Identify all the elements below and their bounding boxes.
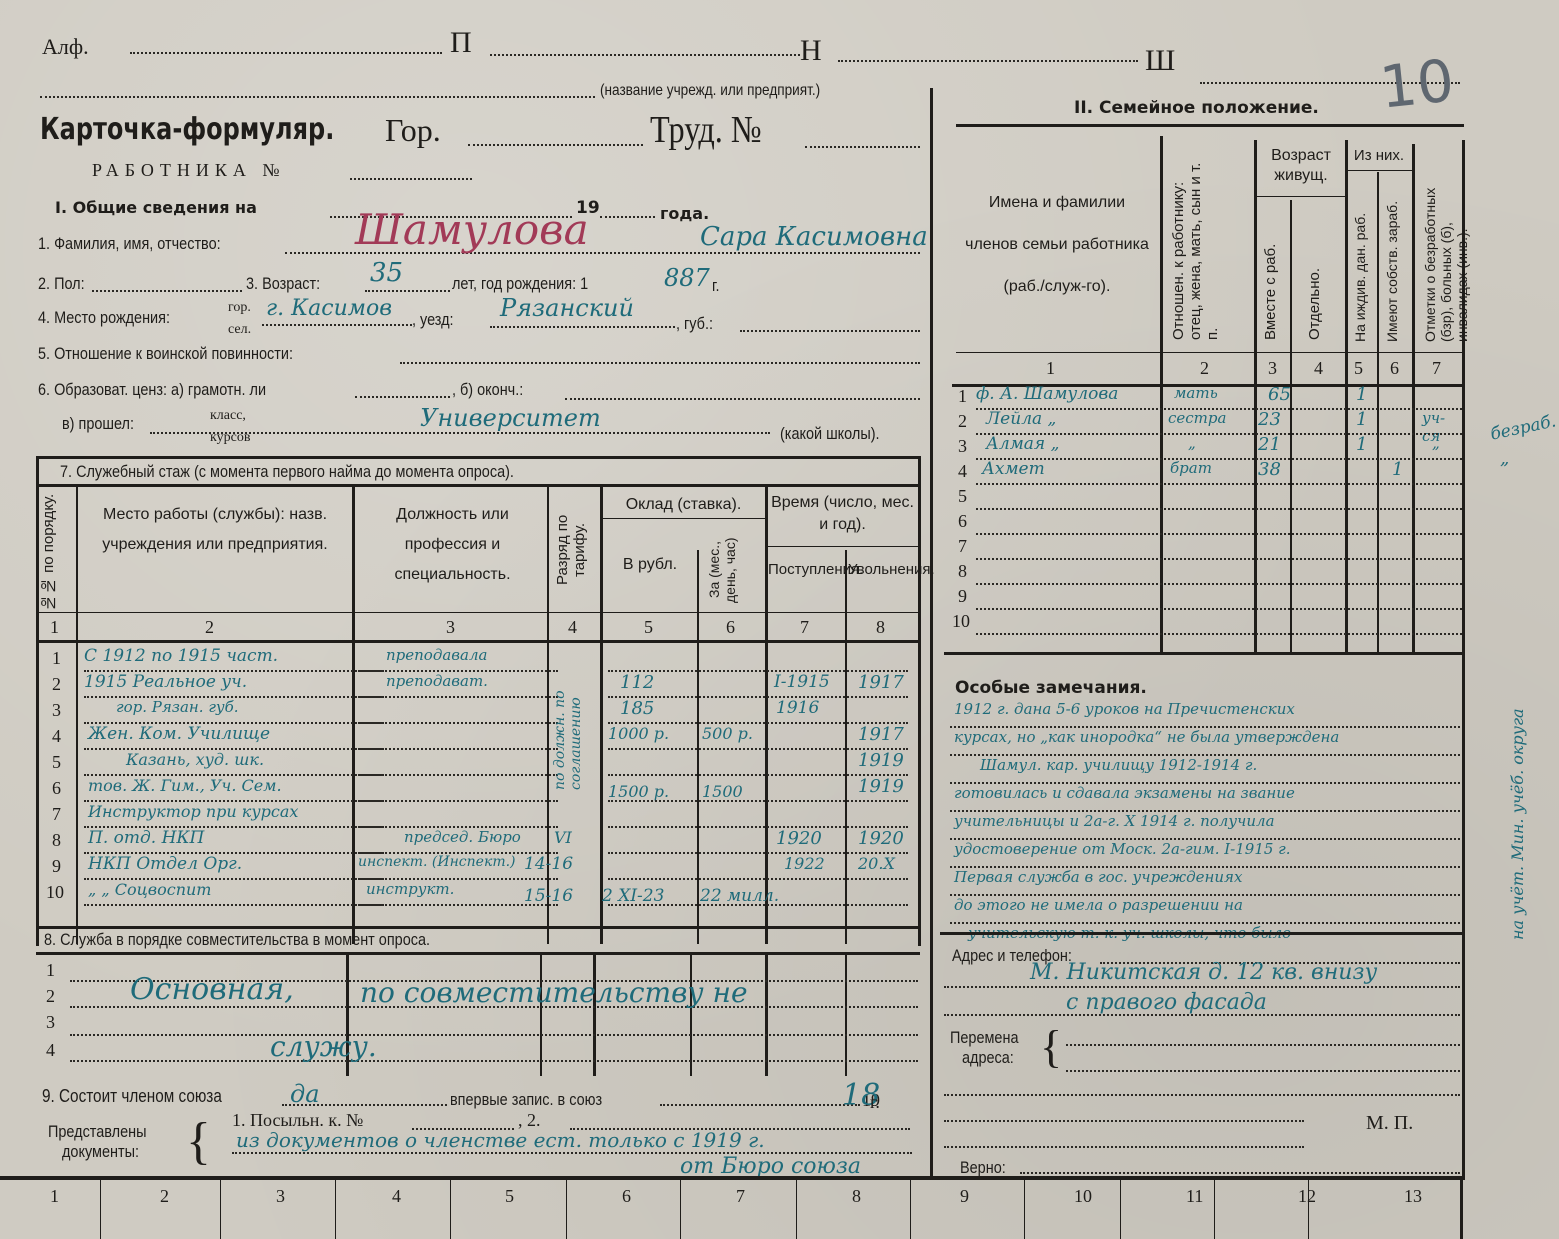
birth-city-value: г. Касимов	[266, 296, 392, 321]
table-row[interactable]: 4 Жен. Ком. Училище 1000 р. 500 р. 1917	[36, 724, 920, 750]
end-cell: 1920	[858, 828, 904, 849]
row-number: 1	[958, 386, 967, 407]
position-cell: инструкт.	[366, 880, 454, 898]
service-heading: 7. Служебный стаж (с момента первого най…	[60, 462, 514, 482]
relation-cell: „	[1188, 434, 1196, 452]
documents-note-1: из документов о членстве ест. только с 1…	[236, 1128, 765, 1152]
footer-col-number: 1	[50, 1186, 59, 1207]
rule	[1460, 1180, 1463, 1239]
row-rule	[976, 583, 1462, 585]
end-cell: 1917	[858, 672, 904, 693]
rubles-cell: 1000 р.	[608, 724, 669, 743]
remark-text: 1912 г. дана 5-6 уроков на Пречистенских	[954, 700, 1295, 718]
rule	[956, 352, 1462, 353]
col-header-rubles: В рубл.	[606, 550, 694, 580]
place-cell: гор. Рязан. губ.	[116, 698, 239, 716]
row-rule	[608, 904, 908, 906]
address-line-1[interactable]	[944, 986, 1460, 988]
place-cell: П. отд. НКП	[88, 828, 204, 848]
concurrent-note-1: Основная,	[130, 972, 294, 1007]
rubles-cell: 112	[620, 672, 654, 693]
row-rule	[70, 1060, 918, 1062]
row-number: 3	[958, 436, 967, 457]
earning-cell: 1	[1392, 459, 1403, 480]
table-row[interactable]: 7	[952, 536, 1462, 561]
birthplace-label: 4. Место рождения:	[38, 308, 170, 328]
mp-label: М. П.	[1366, 1112, 1413, 1135]
grade-cell: VI	[554, 828, 572, 847]
sex-field[interactable]	[92, 290, 242, 292]
family-col-earning: Имеют собств. зараб.	[1384, 176, 1400, 342]
place-cell: тов. Ж. Гим., Уч. Сем.	[88, 776, 282, 795]
col-number: 4	[1314, 358, 1323, 379]
attended-label: в) прошел:	[62, 414, 134, 434]
rule	[680, 1180, 681, 1239]
worker-number-field[interactable]	[350, 178, 472, 180]
end-cell: 1919	[858, 776, 904, 797]
rule	[1024, 1180, 1025, 1239]
row-number: 5	[52, 752, 61, 773]
rule	[690, 952, 692, 1076]
note-cell: „	[1432, 434, 1440, 452]
place-cell: Казань, худ. шк.	[126, 750, 264, 769]
change-address-field-2[interactable]	[1066, 1070, 1460, 1072]
klass-small: класс,	[210, 408, 246, 424]
remark-line[interactable]: Шамул. кар. училищу 1912-1914 г.	[950, 756, 1460, 784]
place-cell: НКП Отдел Орг.	[88, 854, 242, 874]
table-row[interactable]: 3 гор. Рязан. губ. 185 1916	[36, 698, 920, 724]
end-cell: 1917	[858, 724, 904, 745]
together-cell: 23	[1258, 409, 1281, 430]
row-number: 10	[46, 882, 64, 903]
col-header-end: Увольнения.	[848, 560, 916, 580]
rule	[36, 640, 920, 643]
table-row[interactable]: 1 ф. А. Шамулова мать 65 1	[952, 386, 1462, 411]
row-rule	[976, 633, 1462, 635]
table-row[interactable]: 5	[952, 486, 1462, 511]
verno-field[interactable]	[1020, 1172, 1460, 1174]
graduated-label: , б) оконч.:	[452, 380, 523, 400]
table-row[interactable]: 1 С 1912 по 1915 част. преподавала	[36, 646, 920, 672]
education-label: 6. Образоват. ценз: а) грамотн. ли	[38, 380, 266, 400]
trud-label: Труд. №	[650, 108, 762, 152]
table-row[interactable]: 4 Ахмет брат 38 1	[952, 461, 1462, 486]
rule	[593, 952, 596, 1076]
row-number: 2	[52, 674, 61, 695]
general-year-field[interactable]	[600, 216, 655, 218]
remarks-lines: 1912 г. дана 5-6 уроков на Пречистенских…	[950, 700, 1460, 950]
start-cell: 1920	[776, 828, 822, 849]
family-col-together: Вместе с раб.	[1262, 210, 1279, 340]
row-number: 1	[52, 648, 61, 669]
center-divider	[930, 88, 933, 1178]
birth-city-field[interactable]	[262, 324, 412, 326]
remark-text: учительницы и 2а-г. X 1914 г. получила	[954, 812, 1275, 830]
footer-col-number: 11	[1186, 1186, 1203, 1207]
remarks-heading: Особые замечания.	[955, 678, 1147, 698]
position-cell: преподават.	[386, 672, 488, 690]
grade-cell: 14-16	[524, 854, 573, 874]
rule	[910, 1180, 911, 1239]
age-field[interactable]	[365, 290, 450, 292]
remark-line[interactable]: учительницы и 2а-г. X 1914 г. получила	[950, 812, 1460, 840]
col-header-number: №№ по порядку.	[40, 488, 57, 616]
col-header-place: Место работы (службы): назв. учреждения …	[82, 500, 348, 560]
col-header-start: Поступления.	[768, 560, 844, 580]
row-rule	[70, 1034, 918, 1036]
row-rule	[976, 533, 1462, 535]
col-number: 2	[205, 617, 214, 638]
rule	[36, 952, 920, 955]
footer-col-number: 2	[160, 1186, 169, 1207]
rule	[36, 456, 920, 459]
row-number: 3	[52, 700, 61, 721]
row-number: 8	[52, 830, 61, 851]
institution-hint: (название учрежд. или предприят.)	[600, 82, 820, 100]
table-row[interactable]: 6 тов. Ж. Гим., Уч. Сем. 1500 р. 1500 19…	[36, 776, 920, 802]
gub-field[interactable]	[740, 330, 920, 332]
footer-columns: 1 2 3 4 5 6 7 8 9 10 11 12 13	[0, 1180, 1462, 1239]
gub-label: , губ.:	[676, 314, 713, 334]
row-number: 1	[46, 960, 55, 981]
family-col-name: Имена и фамилии членов семьи работника (…	[962, 182, 1152, 308]
family-col-dependent: На иждив. дан. раб.	[1352, 176, 1368, 342]
union-first-label: впервые запис. в союз	[450, 1090, 602, 1110]
col-number: 8	[876, 617, 885, 638]
table-row[interactable]: 8 П. отд. НКП председ. Бюро VI 1920 1920	[36, 828, 920, 854]
rule	[100, 1180, 101, 1239]
extra-line-2[interactable]	[944, 1120, 1304, 1122]
col-header-time-group: Время (число, мес. и год).	[770, 492, 915, 536]
footer-col-number: 6	[622, 1186, 631, 1207]
dependent-cell: 1	[1356, 409, 1367, 430]
remark-text: Шамул. кар. училищу 1912-1914 г.	[980, 756, 1257, 774]
birth-year-suffix: г.	[712, 276, 720, 296]
col-number: 4	[568, 617, 577, 638]
table-row[interactable]: 7 Инструктор при курсах	[36, 802, 920, 828]
alf-label: Алф.	[42, 34, 89, 60]
position-cell: преподавала	[386, 646, 487, 664]
row-number: 9	[52, 856, 61, 877]
end-cell: 1919	[858, 750, 904, 771]
period-cell: 500 р.	[702, 724, 753, 743]
family-col-apart: Отдельно.	[1306, 250, 1323, 340]
end-cell: 20.X	[858, 854, 895, 873]
union-year-suffix: г.	[870, 1092, 880, 1113]
table-row[interactable]: 6	[952, 511, 1462, 536]
remark-text: готовилась и сдавала экзамены на звание	[954, 784, 1295, 802]
rule	[1120, 1180, 1121, 1239]
table-row[interactable]: 2 1915 Реальное уч. преподават. 112 I-19…	[36, 672, 920, 698]
military-label: 5. Отношение к воинской повинности:	[38, 344, 293, 364]
together-cell: 38	[1258, 459, 1281, 480]
remark-line[interactable]: 1912 г. дана 5-6 уроков на Пречистенских	[950, 700, 1460, 728]
col-number: 5	[644, 617, 653, 638]
col-number: 7	[800, 617, 809, 638]
footer-col-number: 7	[736, 1186, 745, 1207]
remark-text: Первая служба в гос. учреждениях	[954, 868, 1242, 886]
uezd-label: , уезд:	[412, 310, 454, 330]
place-cell: Инструктор при курсах	[88, 802, 298, 821]
rule	[944, 652, 1462, 655]
documents-label-2: документы:	[62, 1142, 139, 1162]
footer-col-number: 13	[1404, 1186, 1422, 1207]
col-number: 1	[50, 617, 59, 638]
surname-value: Шамулова	[355, 205, 589, 254]
relation-cell: сестра	[1168, 409, 1226, 427]
footer-col-number: 9	[960, 1186, 969, 1207]
age-suffix: лет, год рождения: 1	[452, 274, 588, 294]
family-col-relation: Отношен. к работнику: отец, жена, мать, …	[1170, 150, 1221, 340]
gor-small: гор.	[228, 300, 251, 316]
col-header-period: За (мес., день, час)	[706, 525, 738, 615]
grade-cell: 15-16	[524, 886, 573, 906]
family-margin-ditto: „	[1500, 448, 1509, 469]
graduated-field[interactable]	[565, 398, 920, 400]
rule	[1308, 1180, 1309, 1239]
family-col-notes: Отметки о безработных (бзр), больных (б)…	[1422, 150, 1470, 342]
col-number: 5	[1354, 358, 1363, 379]
period-cell: 22 милл.	[700, 886, 779, 906]
trud-field[interactable]	[805, 146, 920, 148]
place-cell: „ „ Соцвоспит	[88, 880, 211, 899]
footer-col-number: 10	[1074, 1186, 1092, 1207]
rule	[1462, 660, 1465, 1180]
position-cell: председ. Бюро	[404, 828, 521, 846]
union-label: 9. Состоит членом союза	[42, 1086, 222, 1107]
name-cell: Ахмет	[982, 459, 1045, 479]
row-number: 4	[52, 726, 61, 747]
rule	[36, 612, 920, 613]
address-value-1: М. Никитская д. 12 кв. внизу	[1030, 960, 1377, 985]
family-heading: II. Семейное положение.	[1074, 98, 1319, 118]
start-cell: I-1915	[774, 672, 830, 692]
brace-icon: {	[1040, 1020, 1062, 1073]
remark-text: курсах, но „как инородка“ не была утверж…	[954, 728, 1339, 746]
footer-col-number: 4	[392, 1186, 401, 1207]
institution-field[interactable]	[40, 96, 595, 98]
row-number: 8	[958, 561, 967, 582]
rule	[765, 546, 918, 547]
remarks-margin-note: на учёт. Мин. учёб. округа	[1508, 540, 1527, 940]
p-field[interactable]	[490, 54, 800, 56]
footer-col-number: 8	[852, 1186, 861, 1207]
gor-field[interactable]	[468, 144, 643, 146]
col-number: 3	[1268, 358, 1277, 379]
footer-col-number: 5	[505, 1186, 514, 1207]
row-number: 6	[958, 511, 967, 532]
change-address-label-1: Перемена	[950, 1028, 1018, 1048]
school-hint: (какой школы).	[780, 424, 880, 444]
row-number: 2	[958, 411, 967, 432]
remark-text: до этого не имела о разрешении на	[954, 896, 1243, 914]
table-row[interactable]: 8	[952, 561, 1462, 586]
row-rule	[84, 904, 384, 906]
remark-line[interactable]: до этого не имела о разрешении на	[950, 896, 1460, 924]
remark-line[interactable]: готовилась и сдавала экзамены на звание	[950, 784, 1460, 812]
family-col-of-them: Из них.	[1348, 146, 1410, 166]
rule	[220, 1180, 221, 1239]
together-cell: 21	[1258, 434, 1281, 455]
concurrent-heading: 8. Служба в порядке совместительства в м…	[44, 930, 430, 950]
col-number: 2	[1200, 358, 1209, 379]
military-field[interactable]	[400, 362, 920, 364]
row-rule	[976, 608, 1462, 610]
row-number: 7	[958, 536, 967, 557]
row-number: 7	[52, 804, 61, 825]
name-cell: Лейла „	[986, 409, 1056, 429]
name-label: 1. Фамилия, имя, отчество:	[38, 234, 221, 254]
section-sh: Ш	[1145, 44, 1175, 78]
section-p: П	[450, 26, 472, 60]
family-col-age-group: Возраст живущ.	[1258, 146, 1344, 186]
uezd-field[interactable]	[490, 326, 675, 328]
place-cell: 1915 Реальное уч.	[84, 672, 247, 692]
rule	[566, 1180, 567, 1239]
col-header-salary-group: Оклад (ставка).	[606, 490, 761, 520]
row-number: 3	[46, 1012, 55, 1033]
documents-label-1: Представлены	[48, 1122, 146, 1142]
rule	[36, 484, 920, 487]
alf-field[interactable]	[130, 52, 442, 54]
col-number: 3	[446, 617, 455, 638]
together-cell: 65	[1268, 384, 1291, 405]
table-row[interactable]: 3 Алмая „ „ 21 1 „	[952, 436, 1462, 461]
table-row[interactable]: 2 Лейла „ сестра 23 1 уч-ся	[952, 411, 1462, 436]
period-cell: 1500	[702, 782, 743, 801]
table-row[interactable]: 5 Казань, худ. шк. 1919	[36, 750, 920, 776]
position-cell: инспект. (Инспект.)	[358, 854, 516, 870]
row-number: 2	[46, 986, 55, 1007]
school-field[interactable]	[150, 432, 770, 434]
union-first-field[interactable]	[660, 1104, 860, 1106]
remark-line[interactable]: удостоверение от Моск. 2а-гим. I-1915 г.	[950, 840, 1460, 868]
row-number: 5	[958, 486, 967, 507]
age-value: 35	[370, 258, 403, 288]
row-rule	[358, 904, 558, 906]
name-cell: ф. А. Шамулова	[976, 384, 1118, 404]
rubles-cell: 185	[620, 698, 654, 719]
place-cell: Жен. Ком. Училище	[88, 724, 270, 744]
family-margin-note: безраб.	[1489, 411, 1558, 444]
row-rule	[976, 483, 1462, 485]
union-value: да	[290, 1080, 320, 1108]
place-cell: С 1912 по 1915 част.	[84, 646, 278, 666]
family-rows: 1 ф. А. Шамулова мать 65 1 2 Лейла „ сес…	[952, 386, 1462, 636]
verno-label: Верно:	[960, 1158, 1006, 1178]
row-number: 4	[46, 1040, 55, 1061]
rule	[1214, 1180, 1215, 1239]
section-n: Н	[800, 34, 822, 68]
rule	[845, 952, 847, 1076]
worker-label: РАБОТНИКА №	[92, 160, 286, 181]
row-number: 9	[958, 586, 967, 607]
col-number: 6	[726, 617, 735, 638]
start-cell: 1922	[784, 854, 825, 873]
rule	[540, 952, 542, 1076]
dependent-cell: 1	[1356, 434, 1367, 455]
col-header-position: Должность или профессия и специальность.	[360, 500, 545, 590]
row-rule	[976, 458, 1462, 460]
dependent-cell: 1	[1356, 384, 1367, 405]
change-address-field-1[interactable]	[1066, 1044, 1460, 1046]
gor-label: Гор.	[385, 112, 441, 149]
relation-cell: мать	[1174, 384, 1218, 402]
name-cell: Алмая „	[986, 434, 1059, 454]
col-number: 1	[1046, 358, 1055, 379]
remark-line[interactable]: курсах, но „как инородка“ не была утверж…	[950, 728, 1460, 756]
general-heading: I. Общие сведения на	[55, 198, 257, 217]
remark-text: удостоверение от Моск. 2а-гим. I-1915 г.	[954, 840, 1291, 858]
change-address-label-2: адреса:	[962, 1048, 1014, 1068]
row-number: 6	[52, 778, 61, 799]
service-rows: 1 С 1912 по 1915 част. преподавала 2 191…	[36, 646, 920, 906]
brace-icon: {	[186, 1112, 211, 1171]
uezd-value: Рязанский	[500, 294, 634, 322]
col-number: 6	[1390, 358, 1399, 379]
education-value: Университет	[420, 404, 601, 432]
rule	[1345, 170, 1412, 171]
rubles-cell: 1500 р.	[608, 782, 669, 801]
rule	[1254, 196, 1345, 197]
document-card: Алф. П Н Ш 10 (название учрежд. или пред…	[0, 0, 1559, 1239]
sel-small: сел.	[228, 322, 251, 338]
footer-col-number: 12	[1298, 1186, 1316, 1207]
table-row[interactable]: 10 „ „ Соцвоспит инструкт. 15-16 2 XI-23…	[36, 880, 920, 906]
extra-line-3[interactable]	[944, 1146, 1304, 1148]
rule	[36, 926, 920, 929]
col-number: 7	[1432, 358, 1441, 379]
remark-line[interactable]: Первая служба в гос. учреждениях	[950, 868, 1460, 896]
n-field[interactable]	[838, 60, 1138, 62]
rubles-cell: 2 XI-23	[602, 886, 664, 906]
form-title: Карточка-формуляр.	[40, 112, 334, 147]
birth-year-value: 887	[664, 264, 710, 292]
row-rule	[976, 558, 1462, 560]
rule	[335, 1180, 336, 1239]
address-value-2: с правого фасада	[1066, 990, 1267, 1015]
row-number: 10	[952, 611, 970, 632]
relation-cell: брат	[1170, 459, 1212, 477]
rule	[796, 1180, 797, 1239]
concurrent-note-2: по совместительству не	[360, 976, 748, 1009]
concurrent-note-3: служу.	[270, 1030, 377, 1063]
sex-label: 2. Пол:	[38, 274, 85, 294]
table-row[interactable]: 9 НКП Отдел Орг. инспект. (Инспект.) 14-…	[36, 854, 920, 880]
footer-col-number: 3	[276, 1186, 285, 1207]
row-number: 4	[958, 461, 967, 482]
rule	[765, 952, 768, 1076]
table-row[interactable]: 9	[952, 586, 1462, 611]
given-name-value: Сара Касимовна	[700, 222, 928, 252]
rule	[956, 124, 1464, 127]
col-header-grade: Разряд по тарифу.	[554, 490, 588, 610]
extra-line-1[interactable]	[944, 1094, 1460, 1096]
literacy-field[interactable]	[355, 396, 450, 398]
page-number-pencil: 10	[1377, 46, 1458, 121]
rule	[940, 932, 1462, 935]
grade-vertical-note: по должн. по соглашению	[552, 640, 584, 790]
age-label: 3. Возраст:	[246, 274, 320, 294]
row-rule	[976, 508, 1462, 510]
general-year-suffix: года.	[660, 204, 709, 223]
start-cell: 1916	[776, 698, 819, 718]
rule	[450, 1180, 451, 1239]
table-row[interactable]: 10	[952, 611, 1462, 636]
